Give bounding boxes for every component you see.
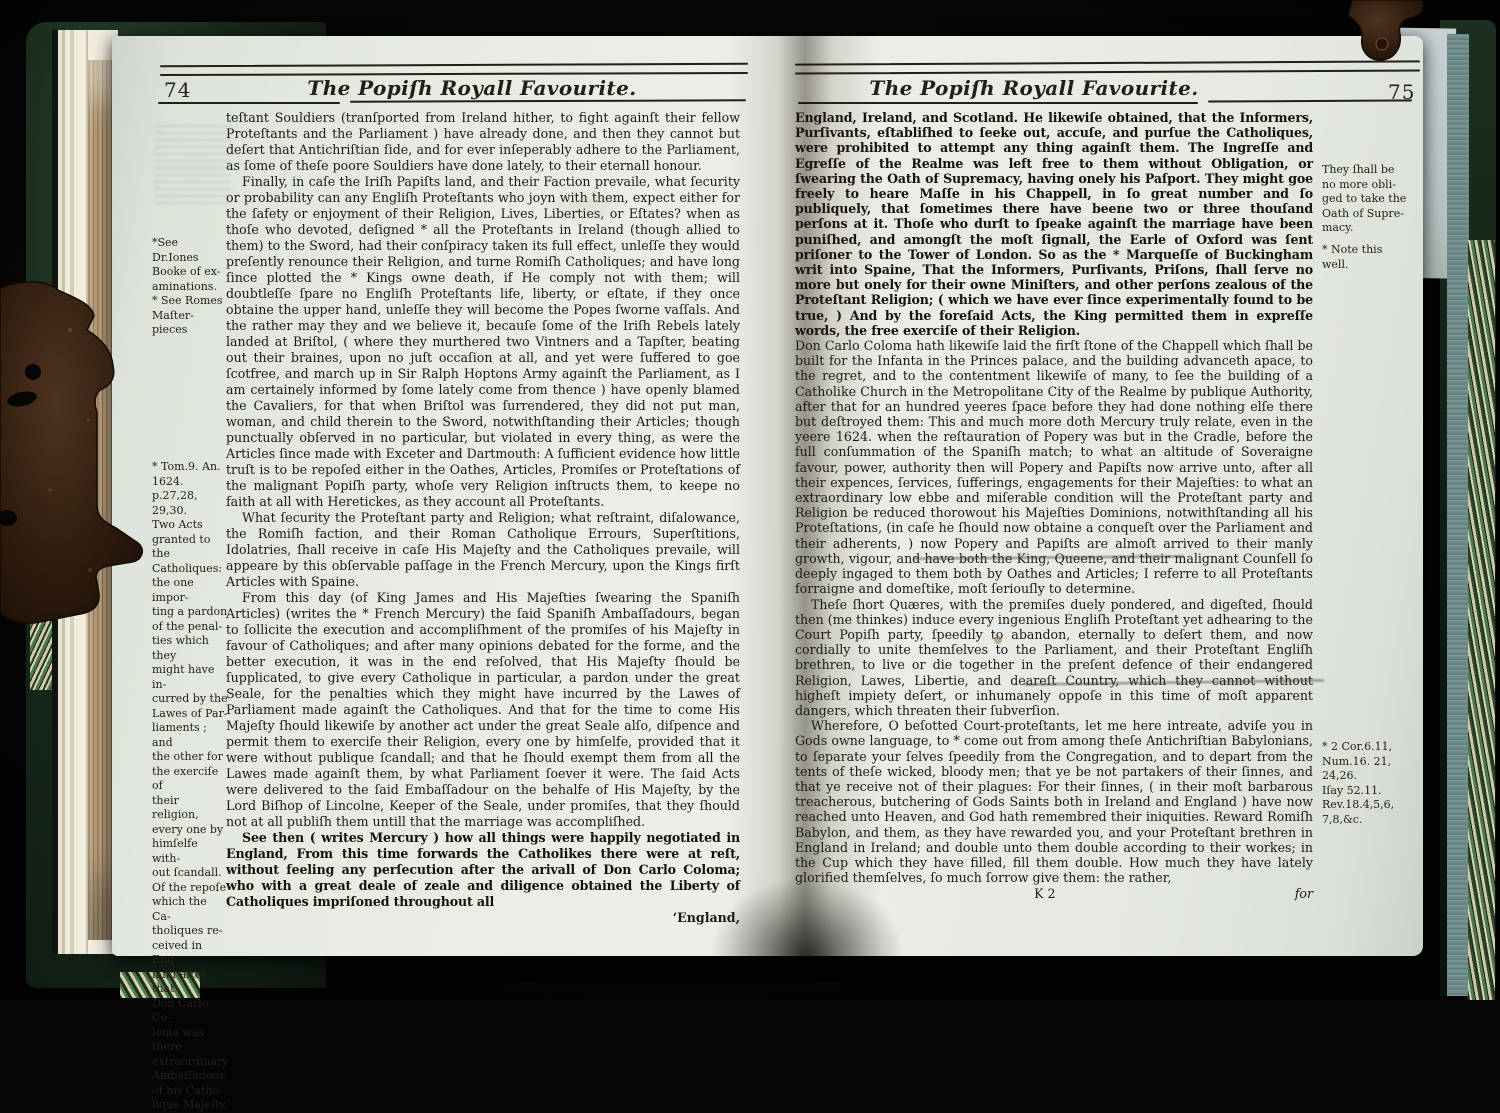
paragraph: What ſecurity the Proteſtant party and R… — [226, 510, 740, 590]
margin-note: * Note this well. — [1322, 243, 1422, 272]
margin-note: *See Dr.Iones Booke of ex- aminations. *… — [152, 236, 228, 338]
margin-note: They ſhall be no more obli- ged to take … — [1322, 163, 1422, 236]
paragraph: Finally, in caſe the Iriſh Papiſts land,… — [226, 174, 740, 510]
showthrough-ghost — [884, 216, 1144, 276]
page-74-text-column: teſtant Souldiers (tranſported from Irel… — [226, 110, 740, 926]
stain — [994, 636, 1002, 644]
running-title: The Popiſh Royall Favourite. — [242, 76, 702, 100]
page-74: 74 The Popiſh Royall Favourite. *See Dr.… — [112, 36, 764, 956]
running-title: The Popiſh Royall Favourite. — [824, 76, 1244, 100]
header-rule — [350, 99, 746, 103]
catchword: for — [1295, 886, 1313, 901]
margin-note: * Tom.9. An. 1624. p.27,28, 29,30. Two A… — [152, 460, 228, 1000]
paragraph: See then ( writes Mercury ) how all thin… — [226, 830, 740, 910]
stain — [542, 186, 632, 226]
header-rule — [158, 102, 340, 104]
showthrough-ghost — [154, 124, 232, 204]
header-rule — [160, 63, 748, 68]
margin-note: * 2 Cor.6.11, Num.16. 21, 24,26. Iſay 52… — [1322, 740, 1422, 827]
header-rule — [795, 60, 1420, 66]
page-number: 74 — [164, 78, 191, 102]
photo-background: 74 The Popiſh Royall Favourite. *See Dr.… — [0, 0, 1500, 1000]
page-edge-teal-strip — [1447, 34, 1469, 996]
metal-clasp-left — [0, 270, 160, 650]
header-rule — [795, 69, 1420, 74]
gutter-fold-shadow — [712, 878, 902, 956]
paragraph: From this day (of King James and His Maj… — [226, 590, 740, 830]
gutter-shadow — [730, 36, 880, 956]
catchword: ‘England, — [226, 910, 740, 926]
page-spread: 74 The Popiſh Royall Favourite. *See Dr.… — [112, 36, 1423, 956]
marbled-endpaper-right — [1468, 240, 1495, 1000]
header-rule — [1208, 99, 1412, 102]
metal-clasp-top-right — [1340, 0, 1440, 70]
paragraph: teſtant Souldiers (tranſported from Irel… — [226, 110, 740, 174]
